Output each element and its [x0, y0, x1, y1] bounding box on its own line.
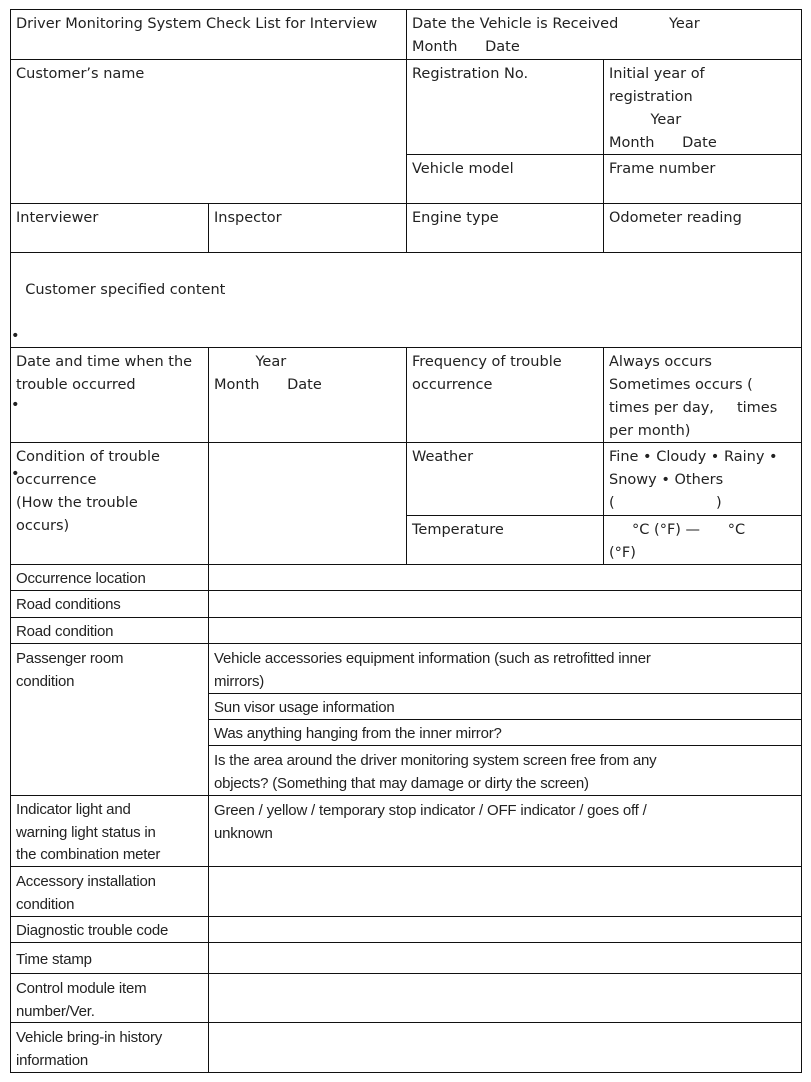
dtc-field[interactable] [208, 916, 802, 943]
control-module-field[interactable] [208, 973, 802, 1023]
vehicle-model-field[interactable]: Vehicle model [406, 154, 604, 204]
interviewer-field[interactable]: Interviewer [10, 203, 209, 253]
occurrence-location-field[interactable] [208, 564, 802, 591]
accessory-installation-field[interactable] [208, 866, 802, 917]
passenger-item-screen-area[interactable]: Is the area around the driver monitoring… [208, 745, 802, 796]
condition-field[interactable] [208, 442, 407, 565]
bullet-1: • [11, 325, 796, 348]
indicator-label: Indicator light and warning light status… [10, 795, 209, 867]
trouble-date-field[interactable]: Year Month Date [208, 347, 407, 443]
passenger-item-sun-visor[interactable]: Sun visor usage information [208, 693, 802, 720]
trouble-date-label: Date and time when the trouble occurred [10, 347, 209, 443]
form-title: Driver Monitoring System Check List for … [10, 9, 407, 60]
temperature-label: Temperature [406, 515, 604, 565]
date-received-field[interactable]: Date the Vehicle is Received Year Month … [406, 9, 802, 60]
bring-in-history-field[interactable] [208, 1022, 802, 1073]
time-stamp-field[interactable] [208, 942, 802, 974]
customer-specified-content-field[interactable]: Customer specified content • • • [10, 252, 802, 348]
road-conditions-field[interactable] [208, 590, 802, 618]
frequency-label: Frequency of trouble occurrence [406, 347, 604, 443]
temperature-field[interactable]: °C (°F) — °C (°F) [603, 515, 802, 565]
road-conditions-label: Road conditions [10, 590, 209, 618]
initial-registration-field[interactable]: Initial year of registration Year Month … [603, 59, 802, 155]
weather-label: Weather [406, 442, 604, 516]
control-module-label: Control module item number/Ver. [10, 973, 209, 1023]
frequency-field[interactable]: Always occurs Sometimes occurs ( times p… [603, 347, 802, 443]
road-condition-label: Road condition [10, 617, 209, 644]
dtc-label: Diagnostic trouble code [10, 916, 209, 943]
odometer-field[interactable]: Odometer reading [603, 203, 802, 253]
bring-in-history-label: Vehicle bring-in history information [10, 1022, 209, 1073]
road-condition-field[interactable] [208, 617, 802, 644]
frame-number-field[interactable]: Frame number [603, 154, 802, 204]
passenger-item-inner-mirror[interactable]: Was anything hanging from the inner mirr… [208, 719, 802, 746]
engine-type-field[interactable]: Engine type [406, 203, 604, 253]
customer-specified-label: Customer specified content [25, 282, 225, 298]
accessory-installation-label: Accessory installation condition [10, 866, 209, 917]
inspector-field[interactable]: Inspector [208, 203, 407, 253]
passenger-room-label: Passenger room condition [10, 643, 209, 796]
time-stamp-label: Time stamp [10, 942, 209, 974]
weather-field[interactable]: Fine • Cloudy • Rainy • Snowy • Others (… [603, 442, 802, 516]
registration-no-field[interactable]: Registration No. [406, 59, 604, 155]
customer-name-field[interactable]: Customer’s name [10, 59, 407, 204]
occurrence-location-label: Occurrence location [10, 564, 209, 591]
condition-label: Condition of trouble occurrence (How the… [10, 442, 209, 565]
passenger-item-accessories[interactable]: Vehicle accessories equipment informatio… [208, 643, 802, 694]
indicator-field[interactable]: Green / yellow / temporary stop indicato… [208, 795, 802, 867]
